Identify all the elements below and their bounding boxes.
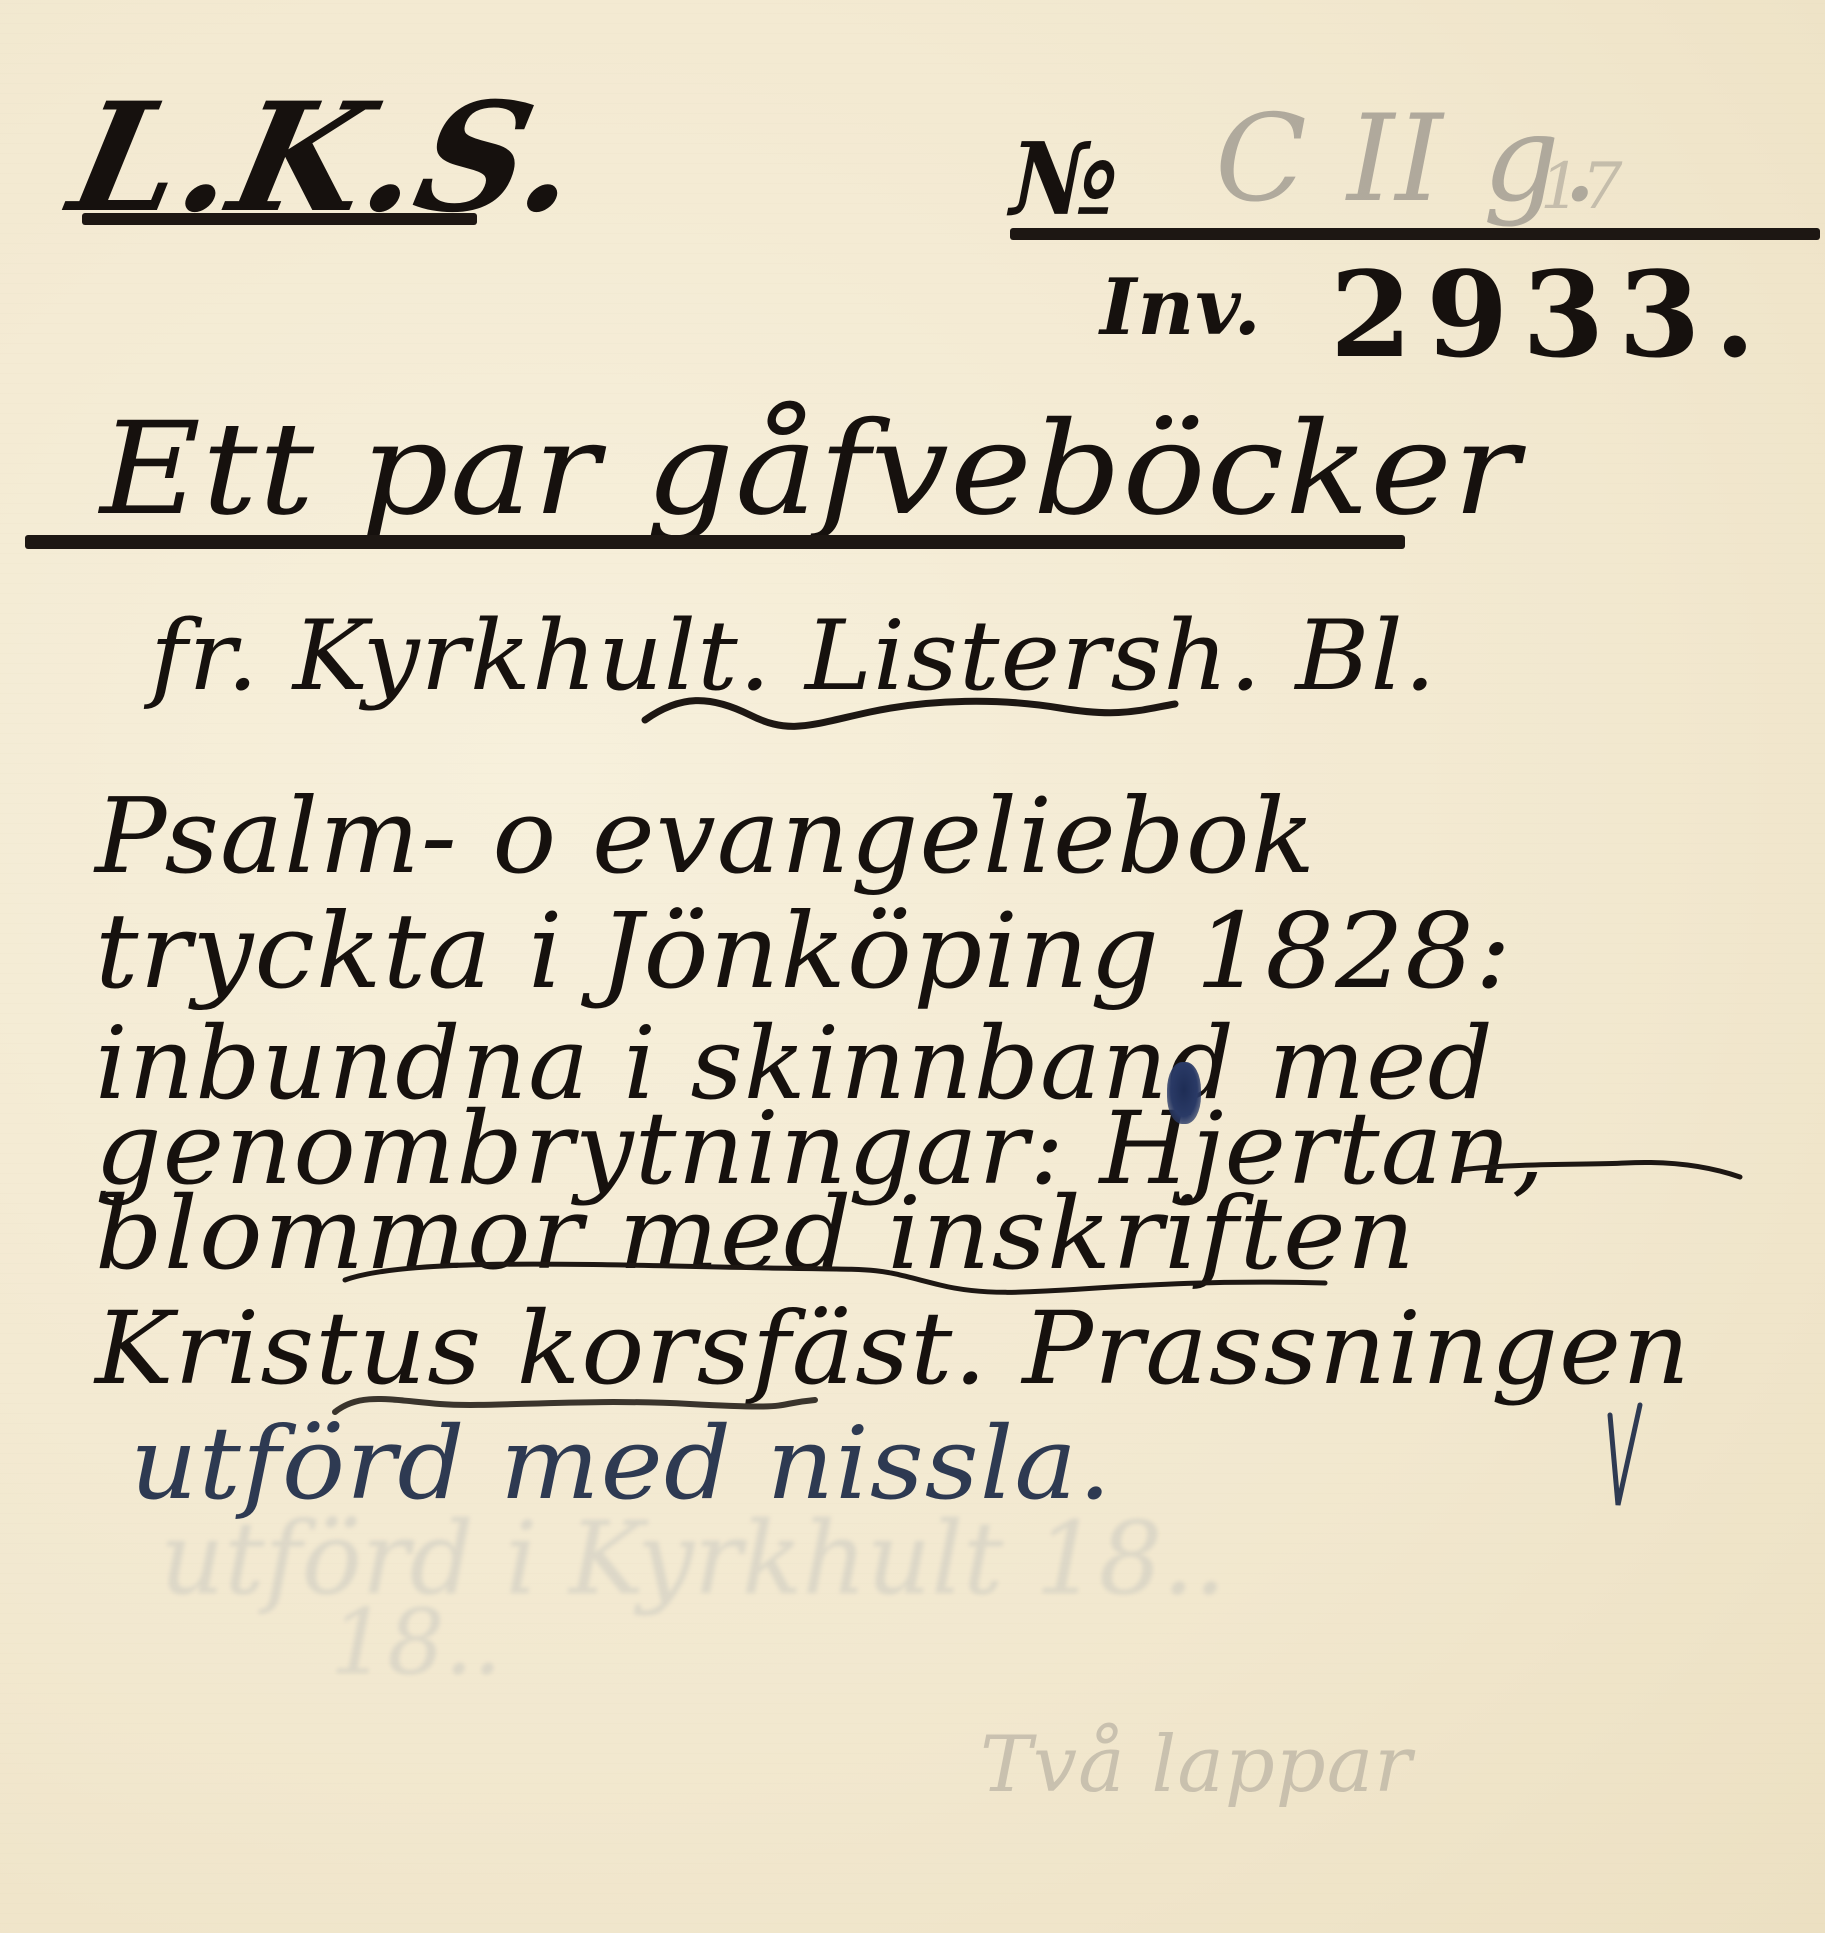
provenance-underline-wavy <box>640 690 1180 730</box>
description-line-1: Psalm- o evangeliebok <box>95 775 1316 897</box>
bleed-through-line-1: utförd i Kyrkhult 18.. <box>160 1500 1226 1617</box>
number-label: № <box>1010 120 1120 238</box>
underline-inskriften <box>340 1255 1330 1295</box>
check-mark <box>1600 1395 1650 1515</box>
catalog-card: L.K.S. № C II g. 17 Inv. 2933. Ett par g… <box>0 0 1825 1933</box>
title: Ett par gåfveböcker <box>100 395 1520 544</box>
collection-mark-underline <box>82 213 477 225</box>
description-line-2: tryckta i Jönköping 1828: <box>95 890 1512 1012</box>
ink-blot <box>1167 1062 1201 1124</box>
title-underline <box>25 535 1405 549</box>
inventory-number: 2933. <box>1330 245 1770 384</box>
underline-hjertan <box>1455 1155 1745 1185</box>
shelf-mark-pencil-suffix: 17 <box>1540 150 1623 224</box>
header-rule <box>1010 228 1820 240</box>
pencil-note-bottom: Två lappar <box>980 1720 1413 1810</box>
inventory-label: Inv. <box>1100 262 1262 353</box>
bleed-through-line-2: 18.. <box>330 1590 502 1695</box>
